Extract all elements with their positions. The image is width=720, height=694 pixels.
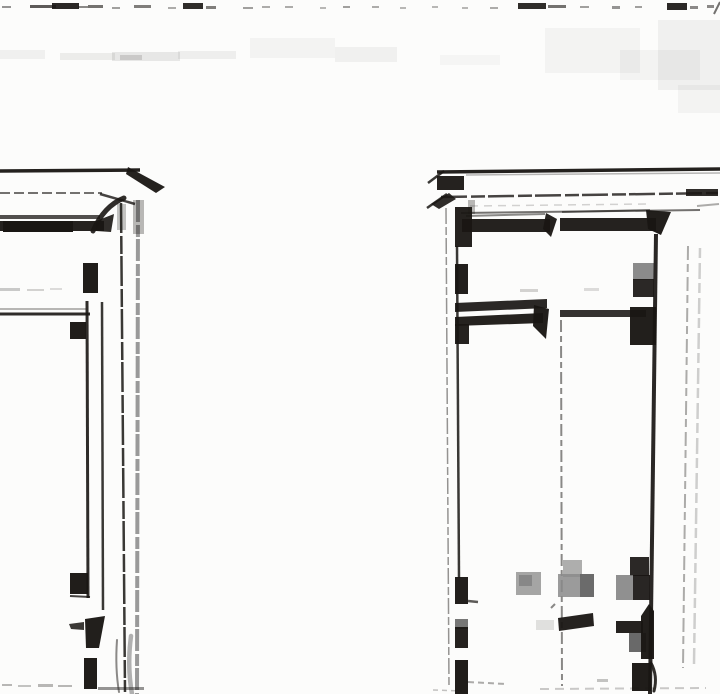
right-frame-cornice-mid-right-dark bbox=[686, 189, 718, 196]
top-edge-noise-mark bbox=[462, 7, 468, 9]
top-edge-noise-mark bbox=[206, 6, 216, 9]
left-bottom-dash bbox=[38, 684, 53, 687]
scan-smudge bbox=[335, 47, 397, 62]
left-bottom-dash bbox=[98, 687, 144, 690]
left-bottom-dash bbox=[18, 685, 31, 687]
right-frame-cornice-top-faint bbox=[466, 173, 720, 175]
left-frame-jamb-bottom-rough bbox=[116, 640, 119, 692]
left-faint-dash bbox=[50, 288, 62, 290]
right-foot-block bbox=[632, 663, 651, 691]
right-stile-left-sketch-line bbox=[446, 208, 449, 688]
left-frame-jamb-top-rough bbox=[117, 204, 126, 230]
top-edge-noise-mark bbox=[134, 5, 151, 8]
right-rail-left-topline bbox=[466, 214, 545, 216]
left-frame-cornice-top-line bbox=[0, 170, 140, 171]
right-cornice-right-bracket bbox=[646, 210, 671, 235]
left-frame-cornice-top-wedge bbox=[126, 167, 165, 193]
right-frame-frieze-faint bbox=[470, 204, 648, 206]
scan-smudge bbox=[0, 50, 45, 59]
right-bottom-dash bbox=[540, 688, 706, 689]
right-frame-cornice-mid-line bbox=[441, 193, 718, 197]
top-edge-noise-mark bbox=[52, 3, 79, 9]
ghost-block-left-texture bbox=[519, 575, 532, 586]
scan-smudge bbox=[60, 53, 115, 60]
top-edge-noise-mark bbox=[690, 6, 698, 9]
top-edge-noise-mark bbox=[612, 6, 620, 9]
right-bottom-dash bbox=[468, 682, 506, 684]
right-frame-cornice-top-block bbox=[437, 176, 464, 190]
left-door-edge-line bbox=[87, 301, 88, 598]
apostrophe-tick bbox=[551, 604, 555, 608]
left-door-edge-line2 bbox=[102, 302, 103, 610]
right-frame-right-faint-dash bbox=[697, 204, 719, 206]
left-frame-cornice-fascia-dark bbox=[3, 221, 73, 232]
scan-smudge bbox=[440, 55, 500, 65]
left-latch-tick bbox=[69, 622, 84, 630]
left-hinge-upper-mid bbox=[70, 322, 86, 339]
top-edge-noise-mark bbox=[667, 3, 687, 10]
left-stile-foot-block bbox=[84, 658, 97, 689]
architectural-drawing-svg bbox=[0, 0, 720, 694]
right-rail-left-bar bbox=[462, 219, 550, 232]
right-stile-left-line bbox=[457, 246, 459, 578]
top-edge-noise-mark bbox=[490, 7, 498, 9]
left-frame-jamb-bottom-rough bbox=[129, 636, 132, 694]
top-edge-noise-mark bbox=[243, 7, 253, 9]
left-latch-block-angled bbox=[85, 616, 105, 648]
left-faint-dash bbox=[0, 288, 20, 291]
left-frame-jamb-line-outer bbox=[137, 200, 138, 694]
top-edge-noise-mark bbox=[518, 3, 546, 9]
left-frame-jamb-top-rough bbox=[133, 200, 144, 234]
right-frame-cornice-top-line bbox=[437, 169, 720, 172]
dark-bar bbox=[558, 613, 594, 631]
top-edge-noise-mark bbox=[372, 6, 379, 8]
top-edge-noise-tick bbox=[714, 2, 720, 14]
top-edge-noise-mark bbox=[78, 6, 88, 8]
scan-smudge bbox=[250, 38, 335, 58]
faint-ghost-left-of-bar bbox=[536, 620, 554, 630]
top-edge-noise-mark bbox=[262, 6, 270, 8]
top-edge-noise-mark bbox=[343, 6, 350, 8]
top-edge-noise-mark bbox=[285, 6, 293, 8]
scan-smudge bbox=[678, 85, 720, 113]
right-transom-right-block bbox=[630, 307, 656, 345]
right-stile-left-foot1 bbox=[455, 577, 468, 604]
top-edge-noise-mark bbox=[707, 5, 714, 8]
left-hinge-top bbox=[83, 263, 98, 293]
right-transom-left-bar1 bbox=[455, 299, 547, 312]
left-hinge-lower-underline bbox=[70, 596, 90, 597]
left-faint-dash bbox=[27, 289, 44, 291]
right-bottom-dot bbox=[597, 679, 608, 682]
left-bottom-dash bbox=[58, 685, 72, 687]
right-block7-gray-left bbox=[616, 575, 633, 600]
seven-shape-stem bbox=[641, 604, 654, 659]
seven-shape-arm bbox=[616, 621, 643, 633]
scan-smudge bbox=[178, 51, 236, 59]
top-edge-noise-mark bbox=[168, 7, 176, 9]
top-edge-noise-mark bbox=[432, 6, 438, 8]
left-hinge-lower bbox=[70, 573, 88, 594]
right-stile-right-block-gray bbox=[633, 263, 654, 280]
top-edge-noise-mark bbox=[580, 6, 589, 8]
right-foot-tick bbox=[468, 601, 478, 602]
top-edge-noise-mark bbox=[183, 3, 203, 9]
scan-smudge bbox=[120, 55, 142, 60]
right-rail-right-bar bbox=[560, 218, 656, 231]
right-stile-left-foot3 bbox=[455, 660, 468, 694]
top-edge-noise-mark bbox=[112, 7, 120, 9]
right-edge-sketch-line2 bbox=[694, 248, 700, 664]
top-edge-noise-mark bbox=[548, 5, 566, 8]
top-edge-noise-mark bbox=[88, 5, 103, 8]
right-faint-dash bbox=[584, 288, 599, 291]
top-edge-noise-mark bbox=[320, 7, 326, 9]
right-faint-dash bbox=[520, 289, 538, 292]
scan-smudge bbox=[658, 20, 720, 90]
right-rail-left-hook bbox=[543, 213, 557, 237]
right-stile-left-foot2 bbox=[455, 627, 468, 648]
right-block7-top bbox=[630, 557, 649, 576]
top-edge-noise-mark bbox=[2, 6, 11, 8]
left-frame-jamb-line-inner bbox=[121, 203, 125, 692]
top-edge-noise-mark bbox=[400, 7, 406, 9]
right-block7-dark-right bbox=[633, 575, 650, 600]
right-mullion-line bbox=[561, 320, 562, 686]
scanned-drawing-page bbox=[0, 0, 720, 694]
left-frame-cornice-bed-line bbox=[0, 215, 100, 219]
left-bottom-dash bbox=[2, 684, 12, 686]
top-edge-noise-mark bbox=[635, 6, 642, 8]
ghost-block-mid-dark bbox=[580, 574, 594, 597]
right-stile-right-block-dark bbox=[633, 279, 654, 297]
right-edge-sketch-line1 bbox=[683, 246, 688, 668]
right-transom-left-hook bbox=[533, 305, 549, 339]
